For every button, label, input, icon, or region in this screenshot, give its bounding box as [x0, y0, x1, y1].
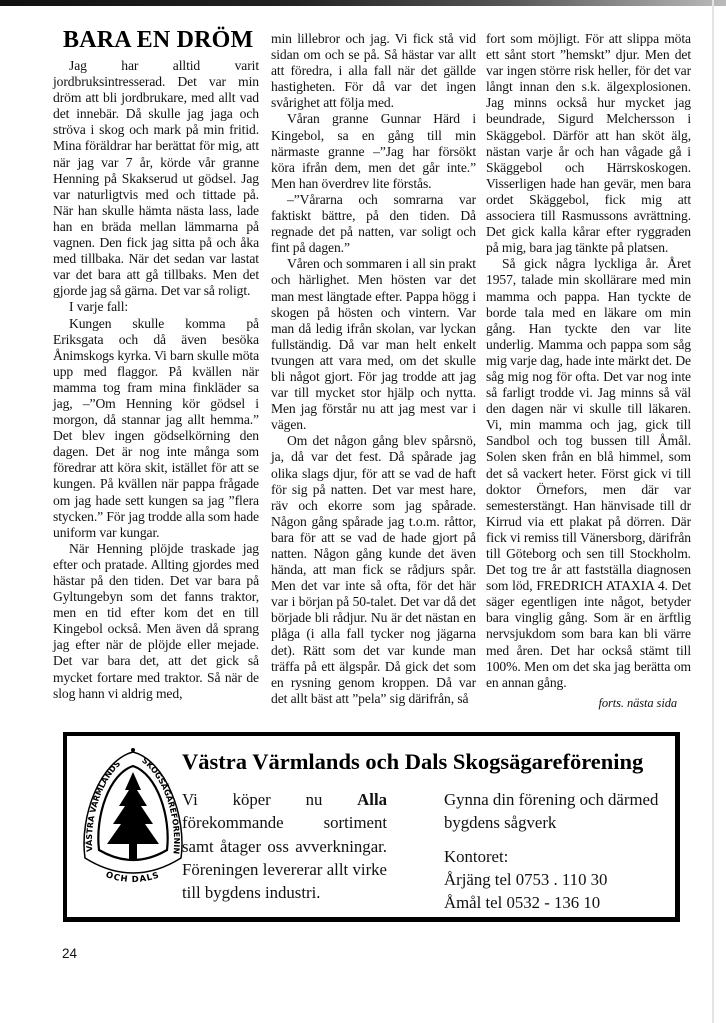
association-logo: VÄSTRA VÄRMLANDS SKOGSÄGAREFÖRENING OCH … — [77, 746, 189, 886]
article-column-2: min lillebror och jag. Vi fick stå vid s… — [271, 31, 476, 707]
offer-text-end: förekommande sortiment samt åtager oss a… — [182, 813, 387, 902]
paragraph: Om det någon gång blev spårsnö, ja, då v… — [271, 433, 476, 707]
spruce-tree-icon: VÄSTRA VÄRMLANDS SKOGSÄGAREFÖRENING OCH … — [77, 746, 189, 886]
advertisement-offer-text: Vi köper nu Alla förekommande sortiment … — [182, 788, 387, 904]
paragraph: –”Vårarna och somrarna var faktiskt bätt… — [271, 192, 476, 256]
advertisement-slogan: Gynna din förening och därmed bygdens så… — [444, 788, 669, 835]
article-column-1: BARA EN DRÖM Jag har alltid varit jordbr… — [53, 26, 259, 702]
scan-top-edge — [0, 0, 726, 6]
paragraph: Våran granne Gunnar Härd i Kingebol, sa … — [271, 111, 476, 191]
article-title: BARA EN DRÖM — [63, 26, 259, 54]
continued-note: forts. nästa sida — [486, 695, 691, 711]
paragraph: Så gick några lyckliga år. Året 1957, ta… — [486, 256, 691, 691]
advertisement-contact: Gynna din förening och därmed bygdens så… — [444, 788, 669, 914]
paragraph: fort som möjligt. För att slippa möta et… — [486, 31, 691, 256]
office-label: Kontoret: — [444, 845, 669, 868]
phone-arjang: Årjäng tel 0753 . 110 30 — [444, 868, 669, 891]
paragraph: När Henning plöjde traskade jag efter oc… — [53, 541, 259, 702]
page-number: 24 — [62, 946, 77, 961]
advertisement-box: VÄSTRA VÄRMLANDS SKOGSÄGAREFÖRENING OCH … — [63, 732, 680, 922]
article-column-3: fort som möjligt. För att slippa möta et… — [486, 31, 691, 711]
paragraph: Våren och sommaren i all sin prakt och h… — [271, 256, 476, 433]
offer-text-emphasis: Alla — [357, 790, 387, 809]
scan-right-edge — [712, 0, 714, 1023]
paragraph: I varje fall: — [53, 299, 259, 315]
paragraph: Kungen skulle komma på Eriksgata och då … — [53, 316, 259, 541]
offer-text-start: Vi köper nu — [182, 790, 357, 809]
paragraph: min lillebror och jag. Vi fick stå vid s… — [271, 31, 476, 111]
phone-amal: Åmål tel 0532 - 136 10 — [444, 891, 669, 914]
paragraph: Jag har alltid varit jordbruksintressera… — [53, 58, 259, 299]
advertisement-title: Västra Värmlands och Dals Skogsägareföre… — [182, 748, 643, 776]
